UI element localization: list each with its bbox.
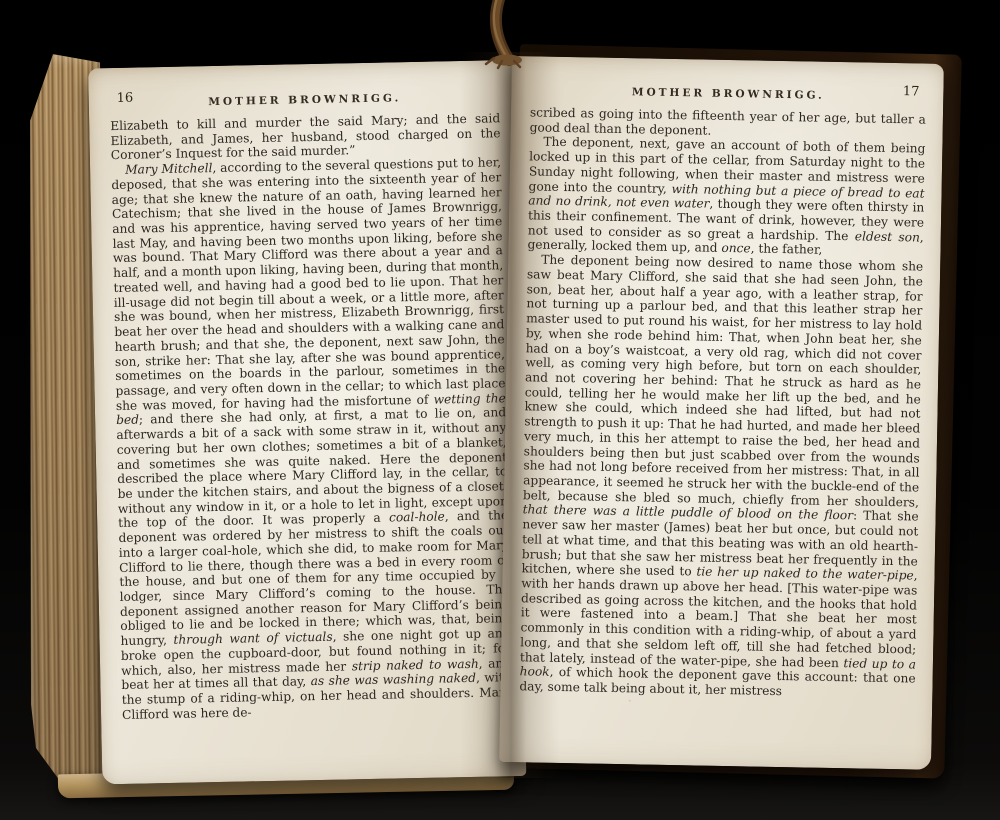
paragraph: The deponent being now desired to name t… (519, 253, 923, 702)
paragraph: Elizabeth to kill and murder the said Ma… (110, 111, 501, 163)
book-page-right: MOTHER BROWNRIGG. 17 scribed as going in… (499, 56, 944, 770)
page-header-right: MOTHER BROWNRIGG. 17 (530, 78, 926, 103)
paragraph: The deponent, next, gave an account of b… (527, 135, 925, 260)
page-number-16: 16 (117, 91, 134, 106)
photo-backdrop: 16 MOTHER BROWNRIGG. Elizabeth to kill a… (0, 0, 1000, 820)
running-header: MOTHER BROWNRIGG. (208, 92, 401, 108)
page-text-right: scribed as going into the fifteenth year… (519, 105, 926, 742)
page-number-17: 17 (903, 84, 920, 99)
running-header: MOTHER BROWNRIGG. (632, 86, 825, 102)
paragraph: Mary Mitchell, according to the several … (111, 155, 512, 722)
page-text-left: Elizabeth to kill and murder the said Ma… (110, 111, 513, 749)
page-header-left: 16 MOTHER BROWNRIGG. (110, 84, 500, 110)
book-page-left: 16 MOTHER BROWNRIGG. Elizabeth to kill a… (88, 60, 526, 784)
